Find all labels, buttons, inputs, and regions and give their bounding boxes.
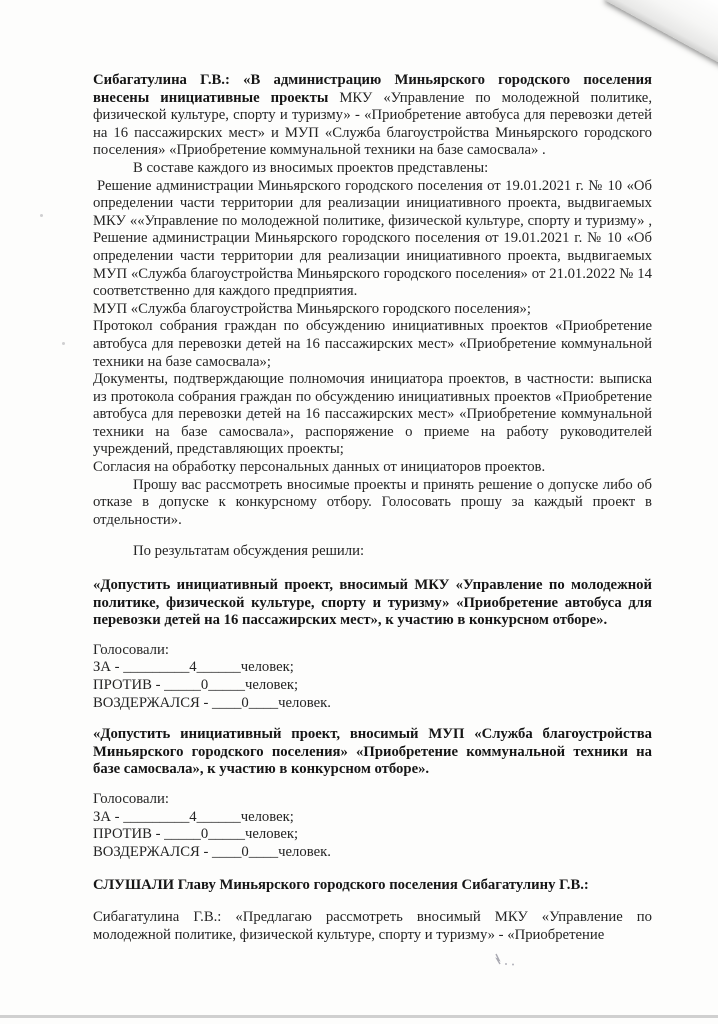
paragraph-intro: Сибагатулина Г.В.: «В администрацию Минь… — [93, 72, 652, 160]
paragraph-mup-sluzhba: МУП «Служба благоустройства Миньярского … — [93, 301, 652, 319]
vote-line-vozderzhalsya: ВОЗДЕРЖАЛСЯ - ____0____человек. — [93, 844, 652, 862]
vote-line-protiv: ПРОТИВ - _____0_____человек; — [93, 677, 652, 695]
vote-line-protiv: ПРОТИВ - _____0_____человек; — [93, 826, 652, 844]
paragraph-slushali: СЛУШАЛИ Главу Миньярского городского пос… — [93, 877, 652, 895]
paragraph-proshu: Прошу вас рассмотреть вносимые проекты и… — [93, 477, 652, 530]
vote-title: Голосовали: — [93, 791, 652, 809]
paragraph-decision-territory: Решение администрации Миньярского городс… — [93, 178, 652, 301]
paragraph-composition-heading: В составе каждого из вносимых проектов п… — [93, 160, 652, 178]
vote-line-za: ЗА - _________4______человек; — [93, 659, 652, 677]
paragraph-soglasiya: Согласия на обработку персональных данны… — [93, 459, 652, 477]
scanned-document-page: Сибагатулина Г.В.: «В администрацию Минь… — [0, 0, 718, 1024]
scan-speck — [62, 342, 65, 345]
paragraph-po-rezultatam: По результатам обсуждения решили: — [93, 543, 652, 561]
vote-line-vozderzhalsya: ВОЗДЕРЖАЛСЯ - ____0____человек. — [93, 695, 652, 713]
scan-speck — [40, 214, 43, 217]
vote-line-za: ЗА - _________4______человек; — [93, 809, 652, 827]
vote-block-1: Голосовали: ЗА - _________4______человек… — [93, 642, 652, 712]
paragraph-dokumenty: Документы, подтверждающие полномочия ини… — [93, 371, 652, 459]
pen-smudge-mark — [492, 952, 528, 968]
vote-title: Голосовали: — [93, 642, 652, 660]
paragraph-final: Сибагатулина Г.В.: «Предлагаю рассмотрет… — [93, 909, 652, 944]
paragraph-resolution-2: «Допустить инициативный проект, вносимый… — [93, 726, 652, 779]
paragraph-protokol: Протокол собрания граждан по обсуждению … — [93, 318, 652, 371]
vote-block-2: Голосовали: ЗА - _________4______человек… — [93, 791, 652, 861]
paragraph-resolution-1: «Допустить инициативный проект, вносимый… — [93, 577, 652, 630]
document-text-block: Сибагатулина Г.В.: «В администрацию Минь… — [93, 72, 652, 944]
scanner-edge-line — [0, 1015, 718, 1018]
